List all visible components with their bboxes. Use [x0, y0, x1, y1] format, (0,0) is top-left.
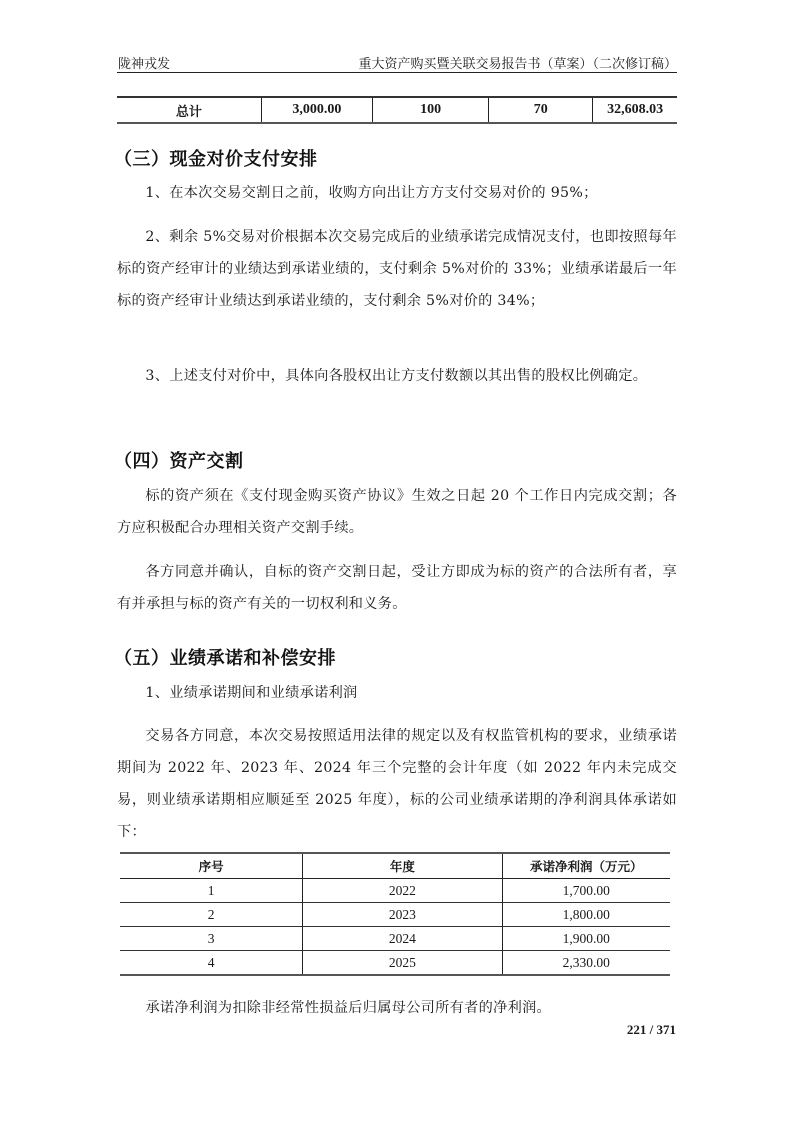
section-heading-cash-payment: （三）现金对价支付安排 — [114, 145, 318, 171]
total-cell: 32,608.03 — [593, 97, 677, 123]
total-cell: 100 — [373, 97, 489, 123]
table-cell: 1 — [120, 879, 303, 903]
paragraph: 2、剩余 5%交易对价根据本次交易完成后的业绩承诺完成情况支付，也即按照每年标的… — [117, 221, 677, 317]
paragraph: 3、上述支付对价中，具体向各股权出让方支付数额以其出售的股权比例确定。 — [117, 360, 677, 392]
total-label: 总计 — [117, 97, 261, 123]
table-header-row: 序号 年度 承诺净利润（万元） — [120, 853, 670, 879]
table-cell: 2 — [120, 903, 303, 927]
section-heading-asset-delivery: （四）资产交割 — [114, 447, 244, 473]
paragraph: 标的资产须在《支付现金购买资产协议》生效之日起 20 个工作日内完成交割；各方应… — [117, 480, 677, 544]
table-cell: 2025 — [303, 951, 502, 976]
table-cell: 2023 — [303, 903, 502, 927]
table-row: 2 2023 1,800.00 — [120, 903, 670, 927]
column-header: 年度 — [303, 853, 502, 879]
profit-commitment-table: 序号 年度 承诺净利润（万元） 1 2022 1,700.00 2 2023 1… — [120, 852, 670, 976]
paragraph: 承诺净利润为扣除非经常性损益后归属母公司所有者的净利润。 — [117, 992, 677, 1024]
table-cell: 2,330.00 — [502, 951, 670, 976]
table-row: 4 2025 2,330.00 — [120, 951, 670, 976]
total-cell: 70 — [489, 97, 593, 123]
column-header: 序号 — [120, 853, 303, 879]
table-row: 3 2024 1,900.00 — [120, 927, 670, 951]
page-number: 221 / 371 — [627, 1022, 676, 1038]
table-cell: 2022 — [303, 879, 502, 903]
column-header: 承诺净利润（万元） — [502, 853, 670, 879]
paragraph: 交易各方同意，本次交易按照适用法律的规定以及有权监管机构的要求，业绩承诺期间为 … — [117, 720, 677, 848]
table-cell: 1,700.00 — [502, 879, 670, 903]
table-cell: 2024 — [303, 927, 502, 951]
table-row: 1 2022 1,700.00 — [120, 879, 670, 903]
paragraph: 1、在本次交易交割日之前，收购方向出让方方支付交易对价的 95%； — [117, 177, 677, 209]
table-row: 总计 3,000.00 100 70 32,608.03 — [117, 97, 677, 123]
document-title: 重大资产购买暨关联交易报告书（草案）（二次修订稿） — [358, 53, 677, 72]
page-header: 陇神戎发 重大资产购买暨关联交易报告书（草案）（二次修订稿） — [117, 52, 677, 73]
paragraph: 各方同意并确认，自标的资产交割日起，受让方即成为标的资产的合法所有者，享有并承担… — [117, 556, 677, 620]
company-name: 陇神戎发 — [118, 53, 170, 72]
table-cell: 4 — [120, 951, 303, 976]
total-cell: 3,000.00 — [261, 97, 372, 123]
table-cell: 1,900.00 — [502, 927, 670, 951]
section-heading-performance-commitment: （五）业绩承诺和补偿安排 — [114, 644, 336, 670]
table-cell: 3 — [120, 927, 303, 951]
table-cell: 1,800.00 — [502, 903, 670, 927]
sub-heading: 1、业绩承诺期间和业绩承诺利润 — [117, 677, 677, 709]
total-table: 总计 3,000.00 100 70 32,608.03 — [117, 96, 677, 124]
